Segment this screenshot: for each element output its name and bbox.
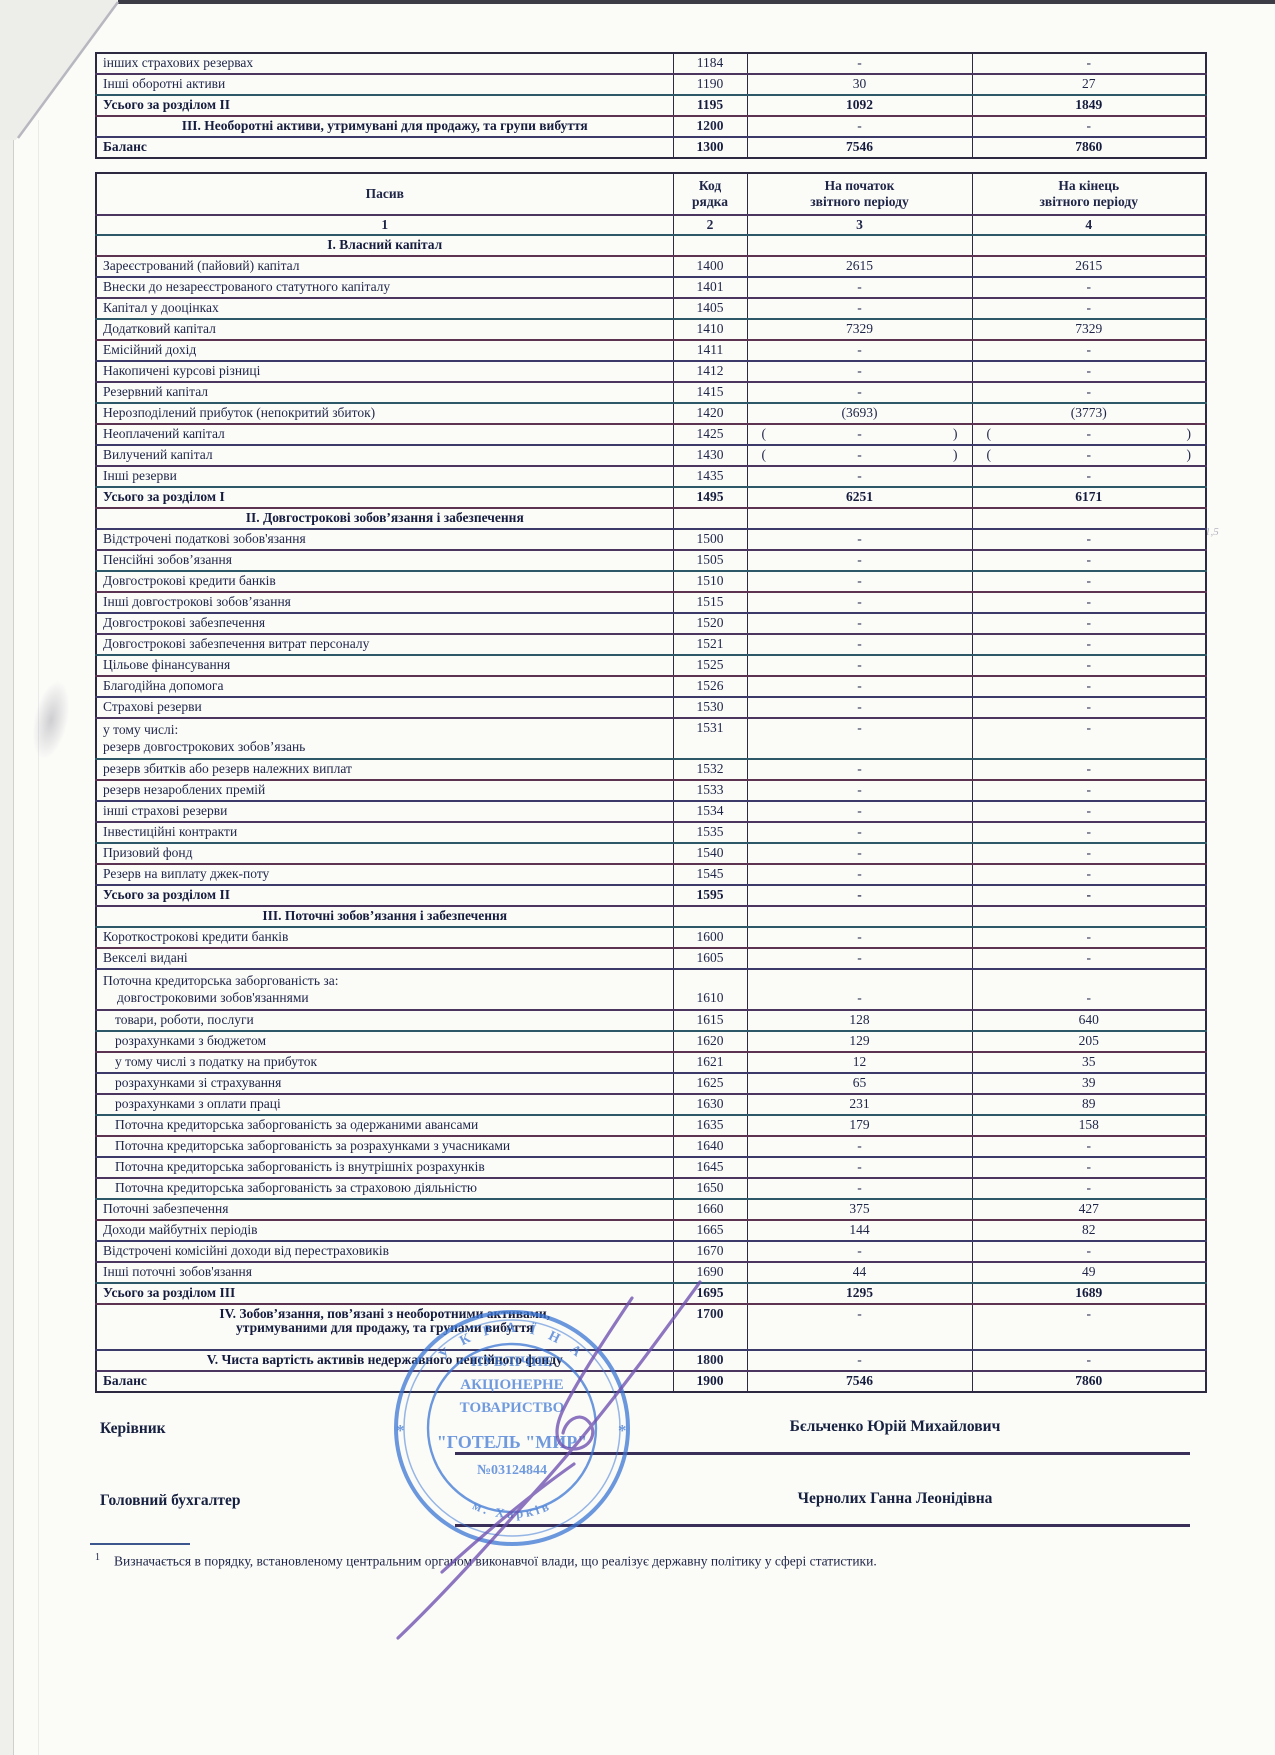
- table-row: Поточна кредиторська заборгованість за о…: [96, 1115, 1206, 1136]
- value-period-start-cell: 1092: [747, 95, 972, 116]
- row-label-cell: Поточна кредиторська заборгованість за о…: [96, 1115, 673, 1136]
- value-period-start-cell: 128: [747, 1010, 972, 1031]
- value-period-end-cell: 7860: [972, 1371, 1206, 1392]
- row-label-cell: Емісійний дохід: [96, 340, 673, 361]
- value-period-end-cell: -: [972, 1157, 1206, 1178]
- row-label-cell: Благодійна допомога: [96, 676, 673, 697]
- row-code-cell: 1595: [673, 885, 747, 906]
- value-period-start-cell: -: [747, 466, 972, 487]
- value-period-start-cell: -: [747, 697, 972, 718]
- table-row: Довгострокові кредити банків1510--: [96, 571, 1206, 592]
- row-label-cell: Інвестиційні контракти: [96, 822, 673, 843]
- value-period-start-cell: -: [747, 948, 972, 969]
- value-period-start-cell: -: [747, 277, 972, 298]
- section-row: I. Власний капітал: [96, 235, 1206, 256]
- footnote-separator: [90, 1543, 190, 1545]
- row-label-cell: Призовий фонд: [96, 843, 673, 864]
- table-row: Цільове фінансування1525--: [96, 655, 1206, 676]
- table-row: Довгострокові забезпечення1520--: [96, 613, 1206, 634]
- row-code-cell: 1545: [673, 864, 747, 885]
- value-period-start-cell: -: [747, 864, 972, 885]
- row-code-cell: 1500: [673, 529, 747, 550]
- value-period-end-cell: -: [972, 864, 1206, 885]
- section-row: III. Поточні зобов’язання і забезпечення: [96, 906, 1206, 927]
- row-code-cell: 1195: [673, 95, 747, 116]
- row-label-cell: Накопичені курсові різниці: [96, 361, 673, 382]
- row-code-cell: 1621: [673, 1052, 747, 1073]
- table-row: розрахунками з оплати праці163023189: [96, 1094, 1206, 1115]
- value-period-end-cell: -: [972, 843, 1206, 864]
- value-period-end-cell: -: [972, 822, 1206, 843]
- assets-table-end: інших страхових резервах1184--Інші оборо…: [95, 52, 1207, 159]
- col-num-1: 1: [96, 215, 673, 235]
- value-period-end-cell: 6171: [972, 487, 1206, 508]
- col-num-3: 3: [747, 215, 972, 235]
- value-period-start-cell: -: [747, 53, 972, 74]
- table-row: Благодійна допомога1526--: [96, 676, 1206, 697]
- value-period-end-cell: -: [972, 592, 1206, 613]
- table-row: Капітал у дооцінках1405--: [96, 298, 1206, 319]
- scan-smudge: [26, 677, 76, 762]
- row-code-cell: 1411: [673, 340, 747, 361]
- value-period-end-cell: -: [972, 634, 1206, 655]
- value-period-start-cell: -: [747, 885, 972, 906]
- value-period-start-cell: (-): [747, 445, 972, 466]
- value-period-start-cell: -: [747, 843, 972, 864]
- value-period-end-cell: 7329: [972, 319, 1206, 340]
- value-period-end-cell: 39: [972, 1073, 1206, 1094]
- table-row: Нерозподілений прибуток (непокритий збит…: [96, 403, 1206, 424]
- row-label-cell: Усього за розділом I: [96, 487, 673, 508]
- value-period-end-cell: -: [972, 948, 1206, 969]
- row-code-cell: 1521: [673, 634, 747, 655]
- table-row: Емісійний дохід1411--: [96, 340, 1206, 361]
- row-code-cell: 1435: [673, 466, 747, 487]
- value-period-start-cell: -: [747, 1350, 972, 1371]
- table-row: Короткострокові кредити банків1600--: [96, 927, 1206, 948]
- assets-table-body: інших страхових резервах1184--Інші оборо…: [96, 53, 1206, 158]
- table-row: Неоплачений капітал1425(-)(-): [96, 424, 1206, 445]
- row-label-cell: II. Довгострокові зобов’язання і забезпе…: [96, 508, 673, 529]
- faint-pencil-mark: 1,5: [1205, 526, 1219, 538]
- row-label-cell: у тому числі:резерв довгострокових зобов…: [96, 718, 673, 759]
- row-code-cell: 1630: [673, 1094, 747, 1115]
- row-label-cell: Капітал у дооцінках: [96, 298, 673, 319]
- footnote-marker: 1: [95, 1552, 100, 1563]
- table-row: Внески до незареєстрованого статутного к…: [96, 277, 1206, 298]
- row-label-cell: резерв незароблених премій: [96, 780, 673, 801]
- row-code-cell: 1526: [673, 676, 747, 697]
- value-period-end-cell: -: [972, 466, 1206, 487]
- value-period-end-cell: -: [972, 1136, 1206, 1157]
- row-label-cell: Пенсійні зобов’язання: [96, 550, 673, 571]
- row-code-cell: 1532: [673, 759, 747, 780]
- row-code-cell: 1200: [673, 116, 747, 137]
- row-code-cell: 1300: [673, 137, 747, 158]
- row-code-cell: 1605: [673, 948, 747, 969]
- row-code-cell: 1645: [673, 1157, 747, 1178]
- value-period-end-cell: -: [972, 382, 1206, 403]
- value-period-end-cell: -: [972, 571, 1206, 592]
- row-label-cell: Усього за розділом II: [96, 95, 673, 116]
- table-row: у тому числі:резерв довгострокових зобов…: [96, 718, 1206, 759]
- value-period-end-cell: -: [972, 116, 1206, 137]
- value-period-start-cell: -: [747, 655, 972, 676]
- value-period-start-cell: -: [747, 340, 972, 361]
- row-code-cell: 1660: [673, 1199, 747, 1220]
- value-period-end-cell: 7860: [972, 137, 1206, 158]
- value-period-end-cell: -: [972, 361, 1206, 382]
- row-code-cell: 1533: [673, 780, 747, 801]
- table-row: інші страхові резерви1534--: [96, 801, 1206, 822]
- table-row: товари, роботи, послуги1615128640: [96, 1010, 1206, 1031]
- table-row: Поточні забезпечення1660375427: [96, 1199, 1206, 1220]
- row-label-cell: III. Поточні зобов’язання і забезпечення: [96, 906, 673, 927]
- value-period-start-cell: 65: [747, 1073, 972, 1094]
- value-period-start-cell: -: [747, 613, 972, 634]
- value-period-start-cell: -: [747, 298, 972, 319]
- table-row: Резервний капітал1415--: [96, 382, 1206, 403]
- value-period-start-cell: -: [747, 634, 972, 655]
- table-row: Інші довгострокові зобов’язання1515--: [96, 592, 1206, 613]
- row-label-cell: Довгострокові забезпечення витрат персон…: [96, 634, 673, 655]
- value-period-start-cell: [747, 235, 972, 256]
- row-label-cell: Додатковий капітал: [96, 319, 673, 340]
- table-row: Інші оборотні активи11903027: [96, 74, 1206, 95]
- row-code-cell: 1650: [673, 1178, 747, 1199]
- table-row: Усього за розділом II119510921849: [96, 95, 1206, 116]
- row-label-cell: Нерозподілений прибуток (непокритий збит…: [96, 403, 673, 424]
- value-period-end-cell: (-): [972, 445, 1206, 466]
- row-code-cell: 1640: [673, 1136, 747, 1157]
- row-label-cell: Довгострокові кредити банків: [96, 571, 673, 592]
- value-period-start-cell: 2615: [747, 256, 972, 277]
- scan-left-edge: [0, 0, 14, 1755]
- row-code-cell: 1534: [673, 801, 747, 822]
- value-period-end-cell: 49: [972, 1262, 1206, 1283]
- value-period-start-cell: 6251: [747, 487, 972, 508]
- table-row: Поточна кредиторська заборгованість за:д…: [96, 969, 1206, 1010]
- value-period-end-cell: -: [972, 969, 1206, 1010]
- value-period-start-cell: -: [747, 116, 972, 137]
- value-period-end-cell: 27: [972, 74, 1206, 95]
- value-period-end-cell: 89: [972, 1094, 1206, 1115]
- value-period-end-cell: -: [972, 298, 1206, 319]
- value-period-start-cell: -: [747, 1136, 972, 1157]
- row-code-cell: [673, 235, 747, 256]
- row-code-cell: 1430: [673, 445, 747, 466]
- value-period-start-cell: -: [747, 1241, 972, 1262]
- value-period-start-cell: [747, 508, 972, 529]
- scanned-balance-sheet-page: { "top_table": { "rows": [ {"l":"інших с…: [0, 0, 1275, 1755]
- table-row: Усього за розділом II1595--: [96, 885, 1206, 906]
- value-period-end-cell: -: [972, 676, 1206, 697]
- table-row: Поточна кредиторська заборгованість за с…: [96, 1178, 1206, 1199]
- row-label-cell: Неоплачений капітал: [96, 424, 673, 445]
- row-code-cell: 1505: [673, 550, 747, 571]
- value-period-end-cell: -: [972, 655, 1206, 676]
- value-period-start-cell: -: [747, 676, 972, 697]
- row-code-cell: 1400: [673, 256, 747, 277]
- row-label-cell: Баланс: [96, 137, 673, 158]
- value-period-end-cell: -: [972, 613, 1206, 634]
- row-code-cell: 1665: [673, 1220, 747, 1241]
- value-period-start-cell: -: [747, 1178, 972, 1199]
- value-period-start-cell: -: [747, 801, 972, 822]
- row-label-cell: Зареєстрований (пайовий) капітал: [96, 256, 673, 277]
- value-period-start-cell: 7546: [747, 137, 972, 158]
- section-row: II. Довгострокові зобов’язання і забезпе…: [96, 508, 1206, 529]
- value-period-end-cell: -: [972, 927, 1206, 948]
- row-code-cell: 1420: [673, 403, 747, 424]
- row-label-cell: Відстрочені податкові зобов'язання: [96, 529, 673, 550]
- row-label-cell: Короткострокові кредити банків: [96, 927, 673, 948]
- table-row: розрахунками зі страхування16256539: [96, 1073, 1206, 1094]
- value-period-start-cell: -: [747, 718, 972, 759]
- value-period-end-cell: 2615: [972, 256, 1206, 277]
- row-label-cell: розрахунками з бюджетом: [96, 1031, 673, 1052]
- header-period-end: На кінецьзвітного періоду: [972, 173, 1206, 215]
- row-label-cell: резерв збитків або резерв належних випла…: [96, 759, 673, 780]
- value-period-start-cell: -: [747, 927, 972, 948]
- value-period-start-cell: -: [747, 592, 972, 613]
- table-row: у тому числі з податку на прибуток162112…: [96, 1052, 1206, 1073]
- value-period-end-cell: -: [972, 780, 1206, 801]
- value-period-start-cell: 375: [747, 1199, 972, 1220]
- value-period-start-cell: -: [747, 361, 972, 382]
- table-row: Вилучений капітал1430(-)(-): [96, 445, 1206, 466]
- header-period-start: На початокзвітного періоду: [747, 173, 972, 215]
- value-period-end-cell: -: [972, 277, 1206, 298]
- liabilities-header-row: Пасив Кодрядка На початокзвітного період…: [96, 173, 1206, 215]
- row-code-cell: [673, 508, 747, 529]
- row-code-cell: [673, 906, 747, 927]
- row-label-cell: у тому числі з податку на прибуток: [96, 1052, 673, 1073]
- row-code-cell: 1635: [673, 1115, 747, 1136]
- value-period-end-cell: 205: [972, 1031, 1206, 1052]
- header-passive: Пасив: [96, 173, 673, 215]
- value-period-start-cell: [747, 906, 972, 927]
- row-label-cell: розрахунками з оплати праці: [96, 1094, 673, 1115]
- row-code-cell: 1625: [673, 1073, 747, 1094]
- table-row: резерв незароблених премій1533--: [96, 780, 1206, 801]
- value-period-start-cell: -: [747, 382, 972, 403]
- row-code-cell: 1525: [673, 655, 747, 676]
- value-period-end-cell: (-): [972, 424, 1206, 445]
- row-label-cell: Поточна кредиторська заборгованість із в…: [96, 1157, 673, 1178]
- row-code-cell: 1615: [673, 1010, 747, 1031]
- col-num-2: 2: [673, 215, 747, 235]
- value-period-end-cell: 82: [972, 1220, 1206, 1241]
- row-label-cell: Резервний капітал: [96, 382, 673, 403]
- row-code-cell: 1515: [673, 592, 747, 613]
- row-code-cell: 1540: [673, 843, 747, 864]
- row-code-cell: 1401: [673, 277, 747, 298]
- row-code-cell: 1412: [673, 361, 747, 382]
- row-code-cell: 1530: [673, 697, 747, 718]
- row-label-cell: Поточна кредиторська заборгованість за:д…: [96, 969, 673, 1010]
- row-code-cell: 1495: [673, 487, 747, 508]
- row-label-cell: товари, роботи, послуги: [96, 1010, 673, 1031]
- value-period-start-cell: -: [747, 780, 972, 801]
- table-row: Векселі видані1605--: [96, 948, 1206, 969]
- value-period-end-cell: -: [972, 1241, 1206, 1262]
- table-row: Поточна кредиторська заборгованість за р…: [96, 1136, 1206, 1157]
- value-period-end-cell: [972, 508, 1206, 529]
- row-label-cell: Поточна кредиторська заборгованість за с…: [96, 1178, 673, 1199]
- table-row: Поточна кредиторська заборгованість із в…: [96, 1157, 1206, 1178]
- table-row: Інвестиційні контракти1535--: [96, 822, 1206, 843]
- value-period-end-cell: -: [972, 1350, 1206, 1371]
- value-period-start-cell: 30: [747, 74, 972, 95]
- row-label-cell: інші страхові резерви: [96, 801, 673, 822]
- value-period-end-cell: -: [972, 53, 1206, 74]
- table-row: Доходи майбутніх періодів166514482: [96, 1220, 1206, 1241]
- value-period-start-cell: 7546: [747, 1371, 972, 1392]
- value-period-end-cell: -: [972, 697, 1206, 718]
- row-code-cell: 1410: [673, 319, 747, 340]
- value-period-end-cell: 427: [972, 1199, 1206, 1220]
- table-row: Пенсійні зобов’язання1505--: [96, 550, 1206, 571]
- value-period-end-cell: [972, 906, 1206, 927]
- table-row: Страхові резерви1530--: [96, 697, 1206, 718]
- row-code-cell: 1531: [673, 718, 747, 759]
- value-period-start-cell: -: [747, 822, 972, 843]
- row-label-cell: Поточні забезпечення: [96, 1199, 673, 1220]
- header-row-code: Кодрядка: [673, 173, 747, 215]
- value-period-start-cell: -: [747, 969, 972, 1010]
- value-period-start-cell: 12: [747, 1052, 972, 1073]
- value-period-end-cell: -: [972, 1178, 1206, 1199]
- row-label-cell: Інші довгострокові зобов’язання: [96, 592, 673, 613]
- row-code-cell: 1535: [673, 822, 747, 843]
- table-row: Відстрочені податкові зобов'язання1500--: [96, 529, 1206, 550]
- value-period-start-cell: 231: [747, 1094, 972, 1115]
- value-period-start-cell: 1295: [747, 1283, 972, 1304]
- chief-accountant-label: Головний бухгалтер: [100, 1492, 241, 1510]
- value-period-end-cell: 640: [972, 1010, 1206, 1031]
- row-label-cell: Страхові резерви: [96, 697, 673, 718]
- table-row: Усього за розділом I149562516171: [96, 487, 1206, 508]
- value-period-end-cell: -: [972, 718, 1206, 759]
- table-row: III. Необоротні активи, утримувані для п…: [96, 116, 1206, 137]
- value-period-end-cell: (3773): [972, 403, 1206, 424]
- row-label-cell: Поточна кредиторська заборгованість за р…: [96, 1136, 673, 1157]
- table-row: Довгострокові забезпечення витрат персон…: [96, 634, 1206, 655]
- scan-paper-edge-line: [38, 120, 39, 1755]
- value-period-start-cell: -: [747, 529, 972, 550]
- handwritten-signature: [300, 1240, 780, 1660]
- table-row: Призовий фонд1540--: [96, 843, 1206, 864]
- table-row: Накопичені курсові різниці1412--: [96, 361, 1206, 382]
- row-label-cell: Доходи майбутніх періодів: [96, 1220, 673, 1241]
- value-period-start-cell: 44: [747, 1262, 972, 1283]
- value-period-end-cell: -: [972, 801, 1206, 822]
- row-label-cell: Внески до незареєстрованого статутного к…: [96, 277, 673, 298]
- row-label-cell: Усього за розділом II: [96, 885, 673, 906]
- row-code-cell: 1520: [673, 613, 747, 634]
- row-code-cell: 1620: [673, 1031, 747, 1052]
- row-code-cell: 1600: [673, 927, 747, 948]
- column-numbers-row: 1 2 3 4: [96, 215, 1206, 235]
- row-label-cell: розрахунками зі страхування: [96, 1073, 673, 1094]
- value-period-start-cell: (3693): [747, 403, 972, 424]
- value-period-end-cell: -: [972, 1304, 1206, 1350]
- col-num-4: 4: [972, 215, 1206, 235]
- row-label-cell: Інші резерви: [96, 466, 673, 487]
- value-period-end-cell: 1849: [972, 95, 1206, 116]
- row-code-cell: 1415: [673, 382, 747, 403]
- value-period-end-cell: 158: [972, 1115, 1206, 1136]
- row-label-cell: Цільове фінансування: [96, 655, 673, 676]
- value-period-start-cell: -: [747, 759, 972, 780]
- liabilities-table-body: Пасив Кодрядка На початокзвітного період…: [96, 173, 1206, 1392]
- row-code-cell: 1425: [673, 424, 747, 445]
- value-period-start-cell: 179: [747, 1115, 972, 1136]
- value-period-start-cell: -: [747, 571, 972, 592]
- value-period-end-cell: -: [972, 340, 1206, 361]
- row-label-cell: Вилучений капітал: [96, 445, 673, 466]
- value-period-end-cell: -: [972, 759, 1206, 780]
- value-period-end-cell: [972, 235, 1206, 256]
- table-row: резерв збитків або резерв належних випла…: [96, 759, 1206, 780]
- row-label-cell: інших страхових резервах: [96, 53, 673, 74]
- value-period-start-cell: 144: [747, 1220, 972, 1241]
- row-code-cell: 1405: [673, 298, 747, 319]
- value-period-start-cell: (-): [747, 424, 972, 445]
- table-row: Інші резерви1435--: [96, 466, 1206, 487]
- value-period-start-cell: 7329: [747, 319, 972, 340]
- table-row: Додатковий капітал141073297329: [96, 319, 1206, 340]
- value-period-end-cell: -: [972, 529, 1206, 550]
- row-code-cell: 1510: [673, 571, 747, 592]
- row-code-cell: 1610: [673, 969, 747, 1010]
- value-period-end-cell: -: [972, 885, 1206, 906]
- row-code-cell: 1184: [673, 53, 747, 74]
- row-label-cell: Резерв на виплату джек-поту: [96, 864, 673, 885]
- table-row: Резерв на виплату джек-поту1545--: [96, 864, 1206, 885]
- table-row: інших страхових резервах1184--: [96, 53, 1206, 74]
- value-period-start-cell: -: [747, 1157, 972, 1178]
- scan-top-edge: [118, 0, 1275, 4]
- table-row: розрахунками з бюджетом1620129205: [96, 1031, 1206, 1052]
- director-label: Керівник: [100, 1420, 166, 1438]
- row-label-cell: III. Необоротні активи, утримувані для п…: [96, 116, 673, 137]
- value-period-end-cell: 1689: [972, 1283, 1206, 1304]
- row-label-cell: Довгострокові забезпечення: [96, 613, 673, 634]
- value-period-start-cell: -: [747, 1304, 972, 1350]
- table-row: Баланс130075467860: [96, 137, 1206, 158]
- value-period-start-cell: 129: [747, 1031, 972, 1052]
- value-period-end-cell: -: [972, 550, 1206, 571]
- row-label-cell: I. Власний капітал: [96, 235, 673, 256]
- liabilities-table: Пасив Кодрядка На початокзвітного період…: [95, 172, 1207, 1393]
- value-period-start-cell: -: [747, 550, 972, 571]
- table-row: Зареєстрований (пайовий) капітал14002615…: [96, 256, 1206, 277]
- row-label-cell: Векселі видані: [96, 948, 673, 969]
- row-label-cell: Інші оборотні активи: [96, 74, 673, 95]
- value-period-end-cell: 35: [972, 1052, 1206, 1073]
- row-code-cell: 1190: [673, 74, 747, 95]
